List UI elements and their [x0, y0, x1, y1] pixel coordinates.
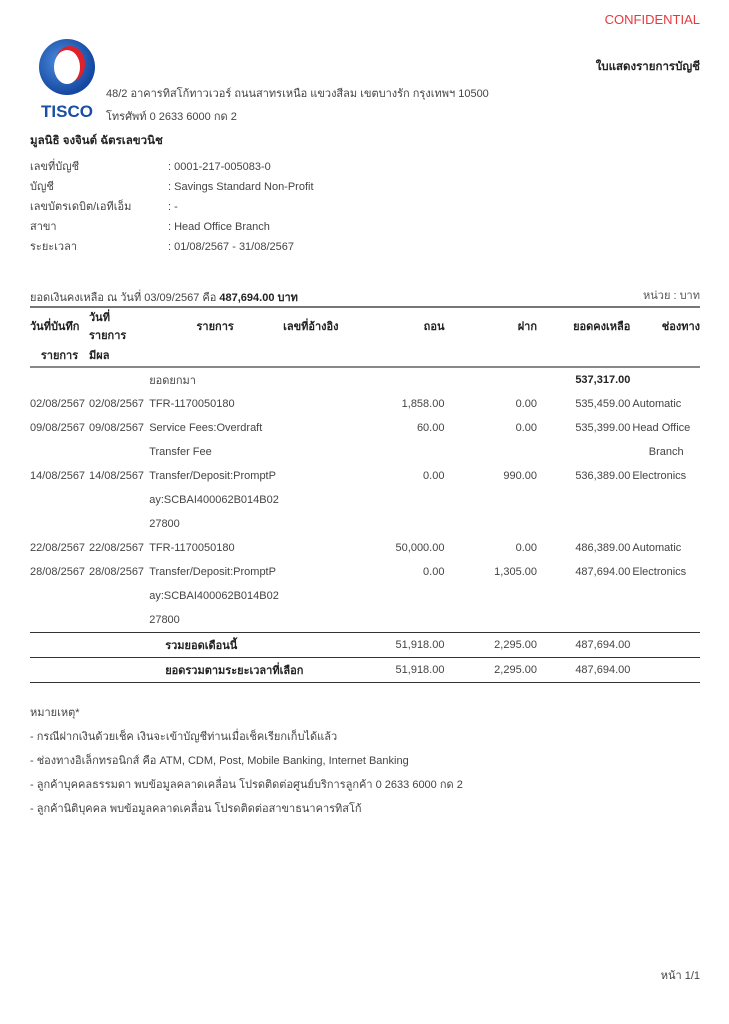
description: Transfer/Deposit:PromptP	[147, 560, 283, 584]
description: 27800	[147, 608, 283, 633]
brought-forward-row: ยอดยกมา 537,317.00	[30, 367, 700, 392]
month-total-withdrawal: 51,918.00	[347, 633, 445, 658]
transaction-date: 02/08/2567	[89, 392, 147, 416]
header-tx-date-2: มีผล	[89, 344, 147, 367]
withdrawal: 60.00	[347, 416, 445, 440]
balance	[537, 488, 630, 512]
balance: 535,459.00	[537, 392, 630, 416]
channel	[630, 608, 700, 633]
deposit	[444, 512, 537, 536]
reference	[283, 392, 347, 416]
brought-forward-label: ยอดยกมา	[147, 367, 283, 392]
withdrawal	[347, 584, 445, 608]
reference	[283, 560, 347, 584]
table-row-continuation: ay:SCBAI400062B014B02	[30, 488, 700, 512]
reference	[283, 416, 347, 440]
deposit	[444, 440, 537, 464]
brought-forward-balance: 537,317.00	[537, 367, 630, 392]
month-total-deposit: 2,295.00	[444, 633, 537, 658]
reference	[283, 488, 347, 512]
period-total-deposit: 2,295.00	[444, 658, 537, 683]
account-info: เลขที่บัญชี : 0001-217-005083-0 บัญชี : …	[30, 155, 314, 259]
table-row-continuation: ay:SCBAI400062B014B02	[30, 584, 700, 608]
header-posting-date-2: รายการ	[30, 344, 89, 367]
transaction-date: 22/08/2567	[89, 536, 147, 560]
withdrawal	[347, 440, 445, 464]
channel: Automatic	[630, 392, 700, 416]
notes-section: หมายเหตุ* - กรณีฝากเงินด้วยเช็ค เงินจะเข…	[30, 701, 463, 821]
balance	[537, 584, 630, 608]
period-total-withdrawal: 51,918.00	[347, 658, 445, 683]
table-header-row: วันที่บันทึก วันที่รายการ รายการ เลขที่อ…	[30, 307, 700, 344]
table-row: 22/08/256722/08/2567TFR-117005018050,000…	[30, 536, 700, 560]
month-total-label: รวมยอดเดือนนี้	[147, 633, 347, 658]
document-title: ใบแสดงรายการบัญชี	[596, 58, 700, 76]
balance	[537, 440, 630, 464]
posting-date: 02/08/2567	[30, 392, 89, 416]
table-row-continuation: 27800	[30, 608, 700, 633]
deposit	[444, 488, 537, 512]
currency-unit: หน่วย : บาท	[643, 286, 700, 304]
description: Transfer/Deposit:PromptP	[147, 464, 283, 488]
transaction-date: 09/08/2567	[89, 416, 147, 440]
reference	[283, 584, 347, 608]
period-row: ระยะเวลา : 01/08/2567 - 31/08/2567	[30, 235, 314, 259]
posting-date: 28/08/2567	[30, 560, 89, 584]
header-deposit: ฝาก	[444, 307, 537, 344]
transaction-date	[89, 512, 147, 536]
bank-address: 48/2 อาคารทิสโก้ทาวเวอร์ ถนนสาทรเหนือ แข…	[106, 84, 489, 102]
deposit: 0.00	[444, 536, 537, 560]
note-item: - กรณีฝากเงินด้วยเช็ค เงินจะเข้าบัญชีท่า…	[30, 725, 463, 749]
balance: 487,694.00	[537, 560, 630, 584]
deposit	[444, 608, 537, 633]
reference	[283, 440, 347, 464]
channel: Electronics	[630, 560, 700, 584]
reference	[283, 512, 347, 536]
note-item: - ลูกค้าบุคคลธรรมดา พบข้อมูลคลาดเคลื่อน …	[30, 773, 463, 797]
balance-summary-amount: 487,694.00 บาท	[219, 292, 298, 304]
channel: Automatic	[630, 536, 700, 560]
deposit	[444, 584, 537, 608]
confidential-label: CONFIDENTIAL	[605, 12, 700, 27]
period-total-balance: 487,694.00	[537, 658, 630, 683]
period-total-row: ยอดรวมตามระยะเวลาที่เลือก 51,918.00 2,29…	[30, 658, 700, 683]
posting-date	[30, 488, 89, 512]
posting-date	[30, 608, 89, 633]
description: Transfer Fee	[147, 440, 283, 464]
withdrawal	[347, 512, 445, 536]
balance: 535,399.00	[537, 416, 630, 440]
channel	[630, 512, 700, 536]
reference	[283, 464, 347, 488]
table-row-continuation: 27800	[30, 512, 700, 536]
channel	[630, 584, 700, 608]
withdrawal: 0.00	[347, 464, 445, 488]
transaction-date	[89, 584, 147, 608]
table-row: 14/08/256714/08/2567Transfer/Deposit:Pro…	[30, 464, 700, 488]
channel: Electronics	[630, 464, 700, 488]
posting-date: 14/08/2567	[30, 464, 89, 488]
withdrawal: 50,000.00	[347, 536, 445, 560]
withdrawal	[347, 608, 445, 633]
balance: 486,389.00	[537, 536, 630, 560]
field-label: ระยะเวลา	[30, 235, 168, 259]
period: : 01/08/2567 - 31/08/2567	[168, 235, 294, 259]
posting-date: 09/08/2567	[30, 416, 89, 440]
transaction-date	[89, 608, 147, 633]
withdrawal: 1,858.00	[347, 392, 445, 416]
deposit: 0.00	[444, 416, 537, 440]
deposit: 990.00	[444, 464, 537, 488]
header-description: รายการ	[147, 307, 283, 344]
bank-phone: โทรศัพท์ 0 2633 6000 กด 2	[106, 107, 237, 125]
deposit: 0.00	[444, 392, 537, 416]
description: Service Fees:Overdraft	[147, 416, 283, 440]
svg-text:TISCO: TISCO	[41, 102, 93, 120]
header-reference: เลขที่อ้างอิง	[283, 307, 347, 344]
account-type: : Savings Standard Non-Profit	[168, 175, 314, 199]
balance: 536,389.00	[537, 464, 630, 488]
transaction-date: 14/08/2567	[89, 464, 147, 488]
description: TFR-1170050180	[147, 392, 283, 416]
transaction-date	[89, 440, 147, 464]
notes-title: หมายเหตุ*	[30, 701, 463, 725]
description: ay:SCBAI400062B014B02	[147, 488, 283, 512]
header-posting-date: วันที่บันทึก	[30, 307, 89, 344]
reference	[283, 536, 347, 560]
withdrawal: 0.00	[347, 560, 445, 584]
balance-summary: ยอดเงินคงเหลือ ณ วันที่ 03/09/2567 คือ 4…	[30, 288, 298, 306]
transactions-table: วันที่บันทึก วันที่รายการ รายการ เลขที่อ…	[30, 306, 700, 683]
month-total-row: รวมยอดเดือนนี้ 51,918.00 2,295.00 487,69…	[30, 633, 700, 658]
table-row-continuation: Transfer FeeBranch	[30, 440, 700, 464]
balance	[537, 512, 630, 536]
posting-date	[30, 440, 89, 464]
header-channel: ช่องทาง	[630, 307, 700, 344]
tisco-ring-icon: TISCO	[34, 38, 100, 120]
page-number: หน้า 1/1	[661, 966, 700, 984]
table-row: 02/08/256702/08/2567TFR-11700501801,858.…	[30, 392, 700, 416]
balance-summary-prefix: ยอดเงินคงเหลือ ณ วันที่ 03/09/2567 คือ	[30, 292, 219, 304]
header-balance: ยอดคงเหลือ	[537, 307, 630, 344]
transaction-date	[89, 488, 147, 512]
reference	[283, 608, 347, 633]
channel: Branch	[630, 440, 700, 464]
table-row: 09/08/256709/08/2567Service Fees:Overdra…	[30, 416, 700, 440]
posting-date	[30, 584, 89, 608]
description: TFR-1170050180	[147, 536, 283, 560]
header-tx-date: วันที่รายการ	[89, 307, 147, 344]
channel: Head Office	[630, 416, 700, 440]
description: 27800	[147, 512, 283, 536]
table-header-row-2: รายการ มีผล	[30, 344, 700, 367]
channel	[630, 488, 700, 512]
note-item: - ลูกค้านิติบุคคล พบข้อมูลคลาดเคลื่อน โป…	[30, 797, 463, 821]
description: ay:SCBAI400062B014B02	[147, 584, 283, 608]
account-owner-name: มูลนิธิ จงจินต์ ฉัตรเลขวนิช	[30, 132, 163, 150]
header-withdrawal: ถอน	[347, 307, 445, 344]
table-row: 28/08/256728/08/2567Transfer/Deposit:Pro…	[30, 560, 700, 584]
transaction-date: 28/08/2567	[89, 560, 147, 584]
withdrawal	[347, 488, 445, 512]
period-total-label: ยอดรวมตามระยะเวลาที่เลือก	[147, 658, 347, 683]
month-total-balance: 487,694.00	[537, 633, 630, 658]
tisco-logo: TISCO	[34, 38, 100, 120]
posting-date: 22/08/2567	[30, 536, 89, 560]
note-item: - ช่องทางอิเล็กทรอนิกส์ คือ ATM, CDM, Po…	[30, 749, 463, 773]
balance	[537, 608, 630, 633]
posting-date	[30, 512, 89, 536]
deposit: 1,305.00	[444, 560, 537, 584]
